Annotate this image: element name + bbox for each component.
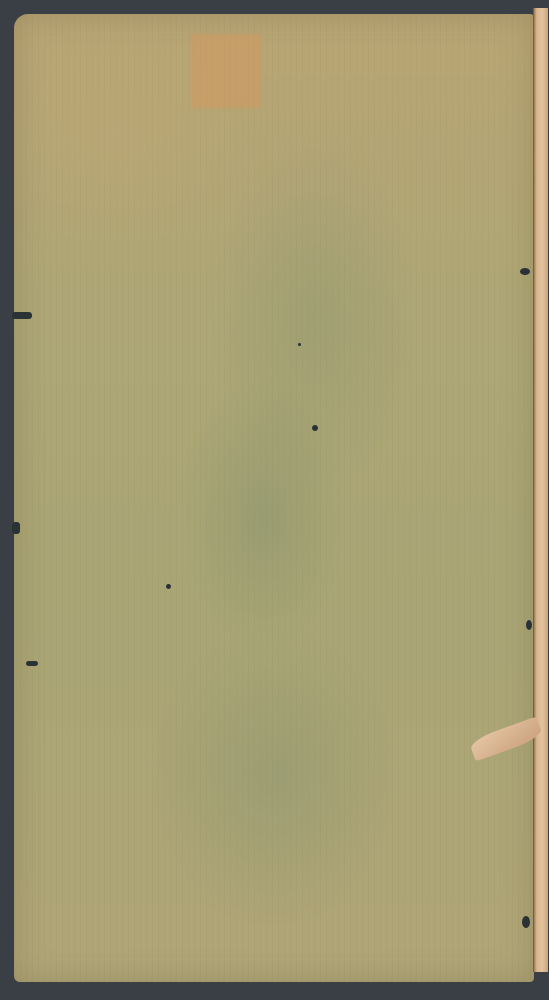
edge-damage [526, 620, 532, 630]
ink-spot [312, 425, 318, 431]
edge-damage [12, 522, 20, 534]
edge-damage [520, 268, 530, 275]
faded-seal-stain [191, 34, 261, 108]
scan-background [0, 0, 549, 1000]
book-fore-edge [533, 8, 548, 972]
ink-spot [298, 343, 301, 346]
ink-spot [166, 584, 171, 589]
edge-damage [522, 916, 530, 928]
blank-book-page [14, 14, 534, 982]
edge-damage [12, 312, 32, 319]
edge-damage [26, 661, 38, 666]
